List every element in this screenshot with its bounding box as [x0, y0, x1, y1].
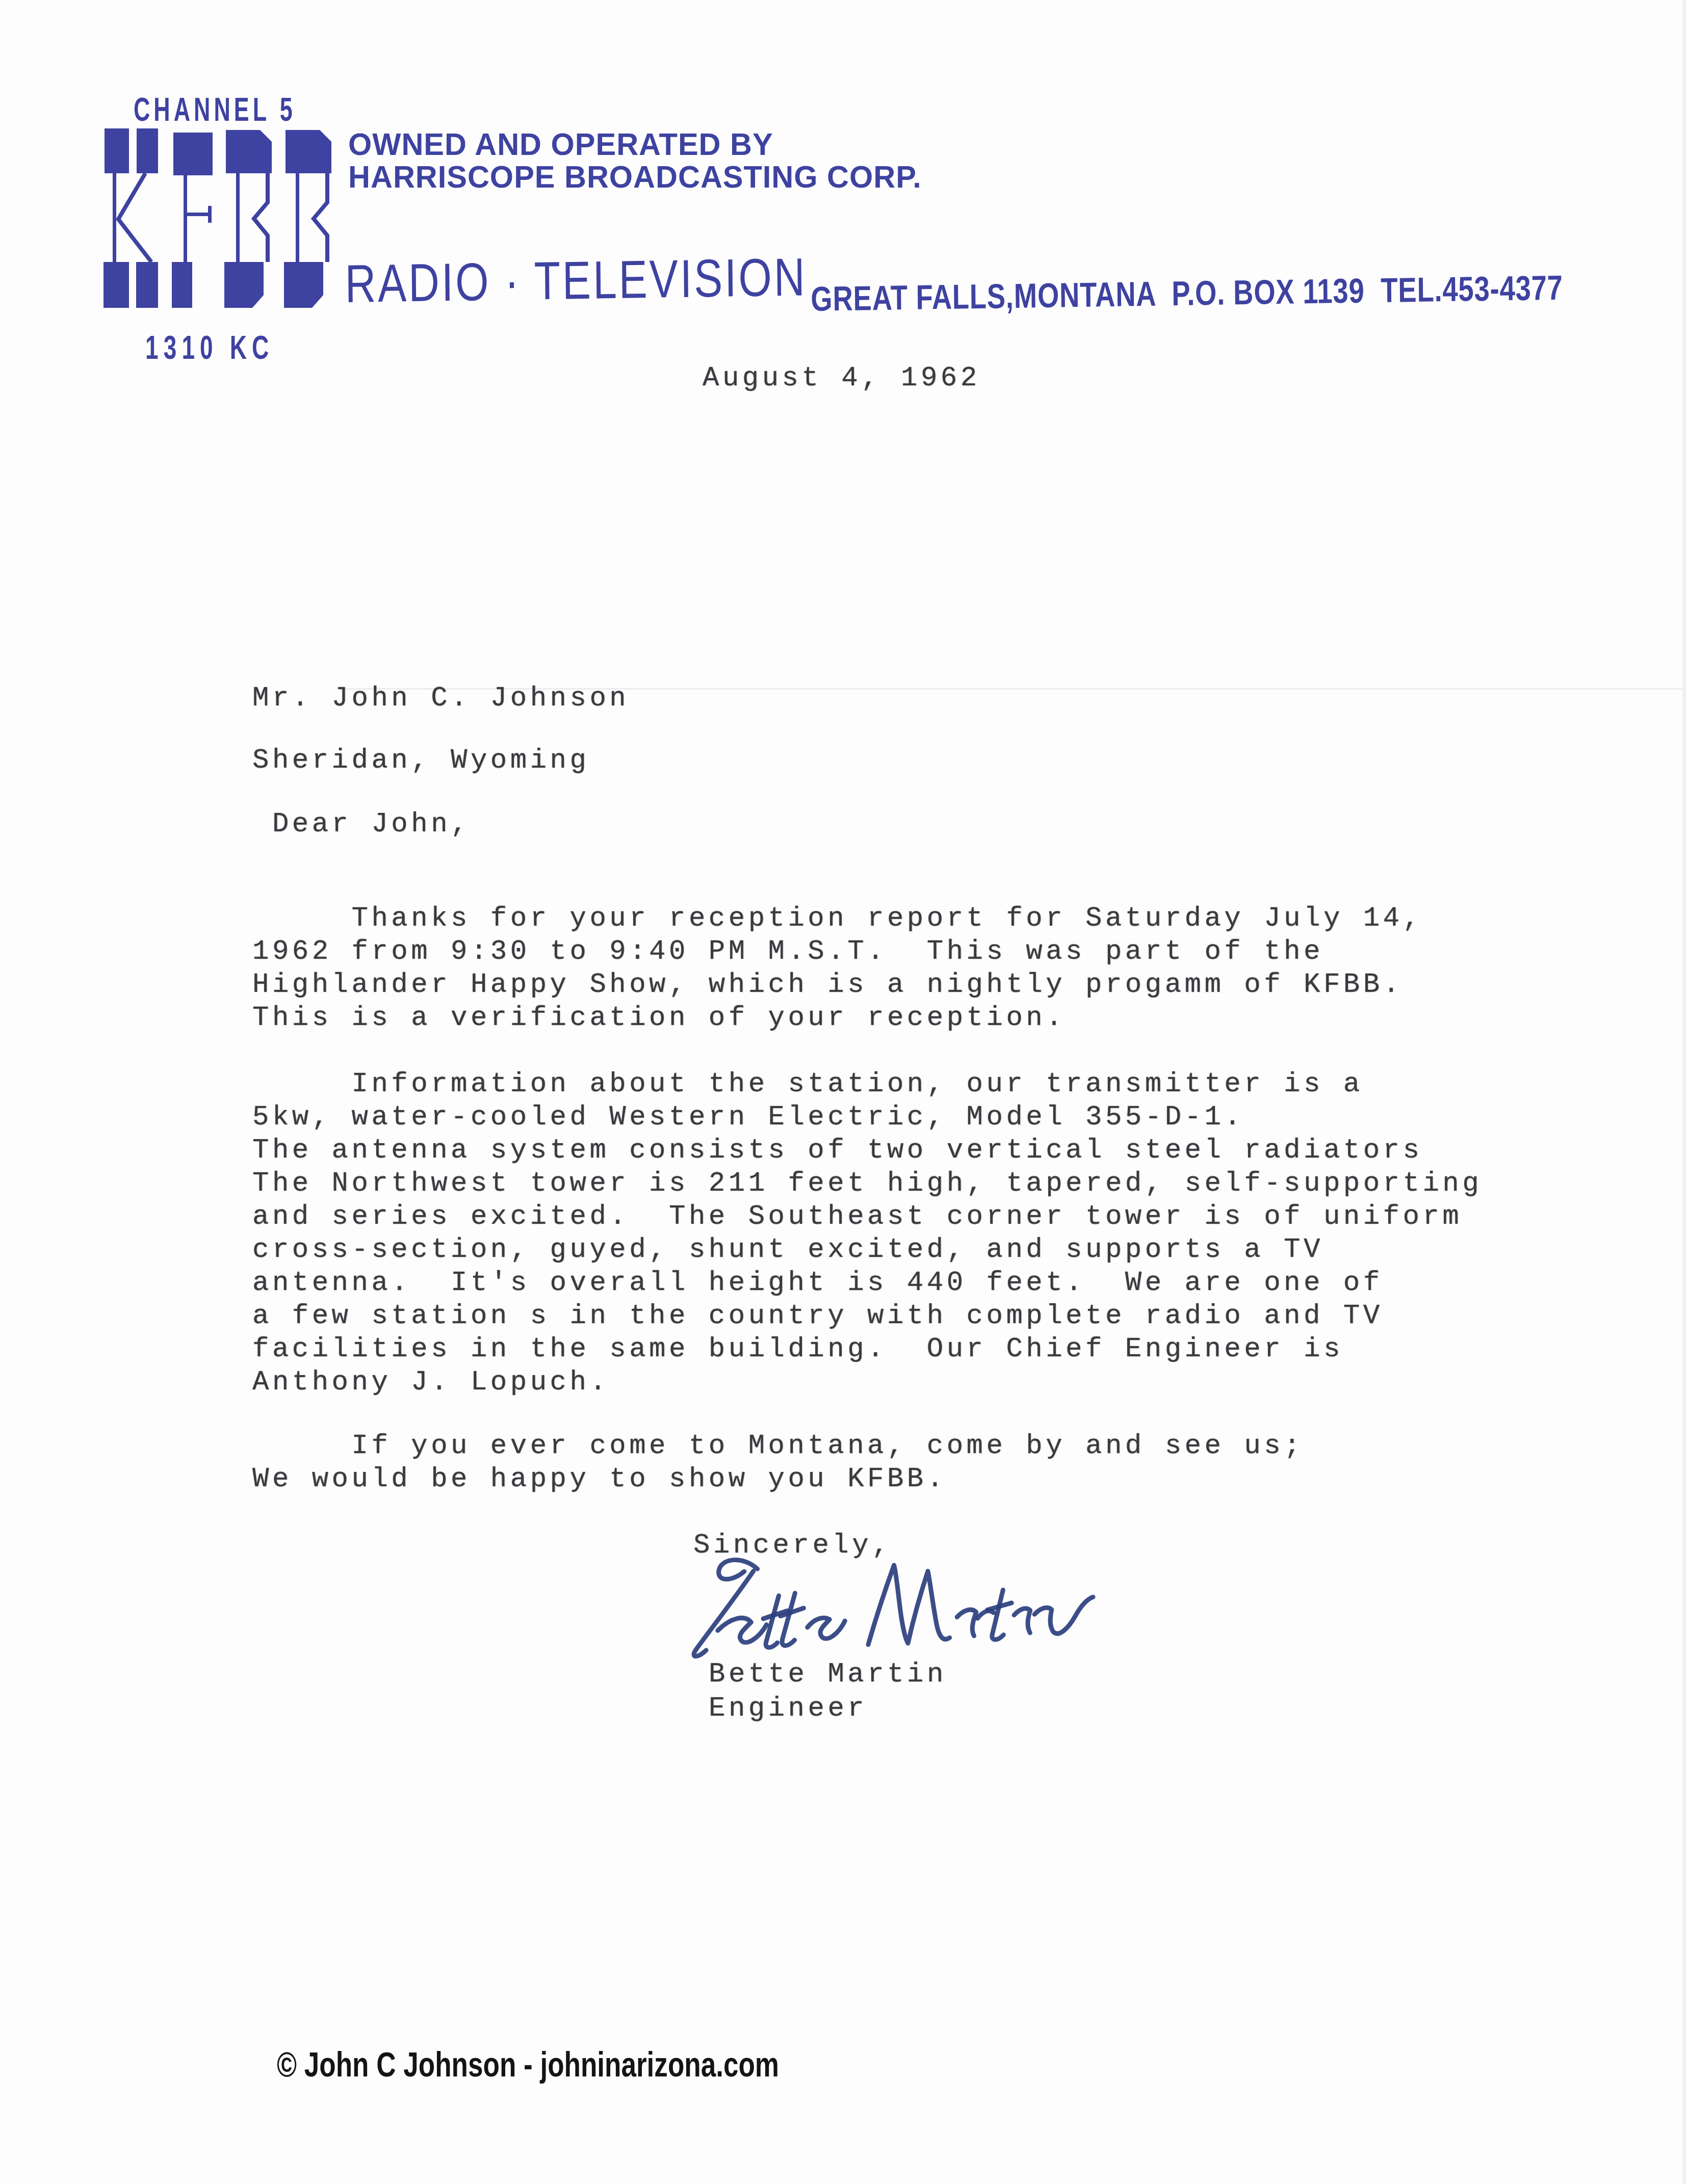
recipient-name: Mr. John C. Johnson: [252, 682, 629, 716]
signature-title: Engineer: [709, 1692, 867, 1726]
copyright-credit: © John C Johnson - johninarizona.com: [277, 2045, 779, 2085]
paragraph1-line: 1962 from 9:30 to 9:40 PM M.S.T. This wa…: [252, 935, 1324, 969]
paragraph2-line: 5kw, water-cooled Western Electric, Mode…: [252, 1101, 1244, 1135]
scan-edge-shade: [1682, 0, 1686, 2184]
kfbb-logo: [103, 128, 331, 308]
paragraph3-line: If you ever come to Montana, come by and…: [252, 1430, 1304, 1463]
paragraph1-line: This is a verification of your reception…: [252, 1002, 1066, 1035]
radio-television-label: RADIO · TELEVISION: [345, 247, 807, 315]
channel-label: CHANNEL 5: [134, 91, 296, 128]
paragraph2-line: antenna. It's overall height is 440 feet…: [252, 1267, 1383, 1300]
paragraph2-line: facilities in the same building. Our Chi…: [252, 1333, 1343, 1366]
signature-name: Bette Martin: [709, 1658, 947, 1692]
harriscope-line: HARRISCOPE BROADCASTING CORP.: [348, 159, 922, 195]
paragraph2-line: cross-section, guyed, shunt excited, and…: [252, 1233, 1324, 1267]
recipient-city: Sheridan, Wyoming: [252, 744, 589, 778]
paragraph2-line: Information about the station, our trans…: [252, 1068, 1363, 1101]
paragraph2-line: The antenna system consists of two verti…: [252, 1134, 1422, 1168]
letter-scan-page: { "letterhead": { "accent_color": "#3e42…: [0, 0, 1686, 2184]
paragraph2-line: and series excited. The Southeast corner…: [252, 1200, 1462, 1234]
paragraph3-line: We would be happy to show you KFBB.: [252, 1463, 947, 1496]
paragraph1-line: Thanks for your reception report for Sat…: [252, 902, 1422, 936]
paragraph2-line: a few station s in the country with comp…: [252, 1300, 1383, 1333]
paragraph1-line: Highlander Happy Show, which is a nightl…: [252, 968, 1403, 1002]
paragraph2-line: Anthony J. Lopuch.: [252, 1366, 609, 1400]
station-address: GREAT FALLS,MONTANA P.O. BOX 1139 TEL.45…: [811, 268, 1563, 319]
paragraph2-line: The Northwest tower is 211 feet high, ta…: [252, 1167, 1482, 1201]
signature-ink: [671, 1534, 1144, 1668]
salutation: Dear John,: [252, 808, 471, 841]
date-line: August 4, 1962: [703, 362, 980, 396]
owned-operated-line: OWNED AND OPERATED BY: [348, 126, 773, 163]
frequency-label: 1310 KC: [145, 329, 274, 366]
